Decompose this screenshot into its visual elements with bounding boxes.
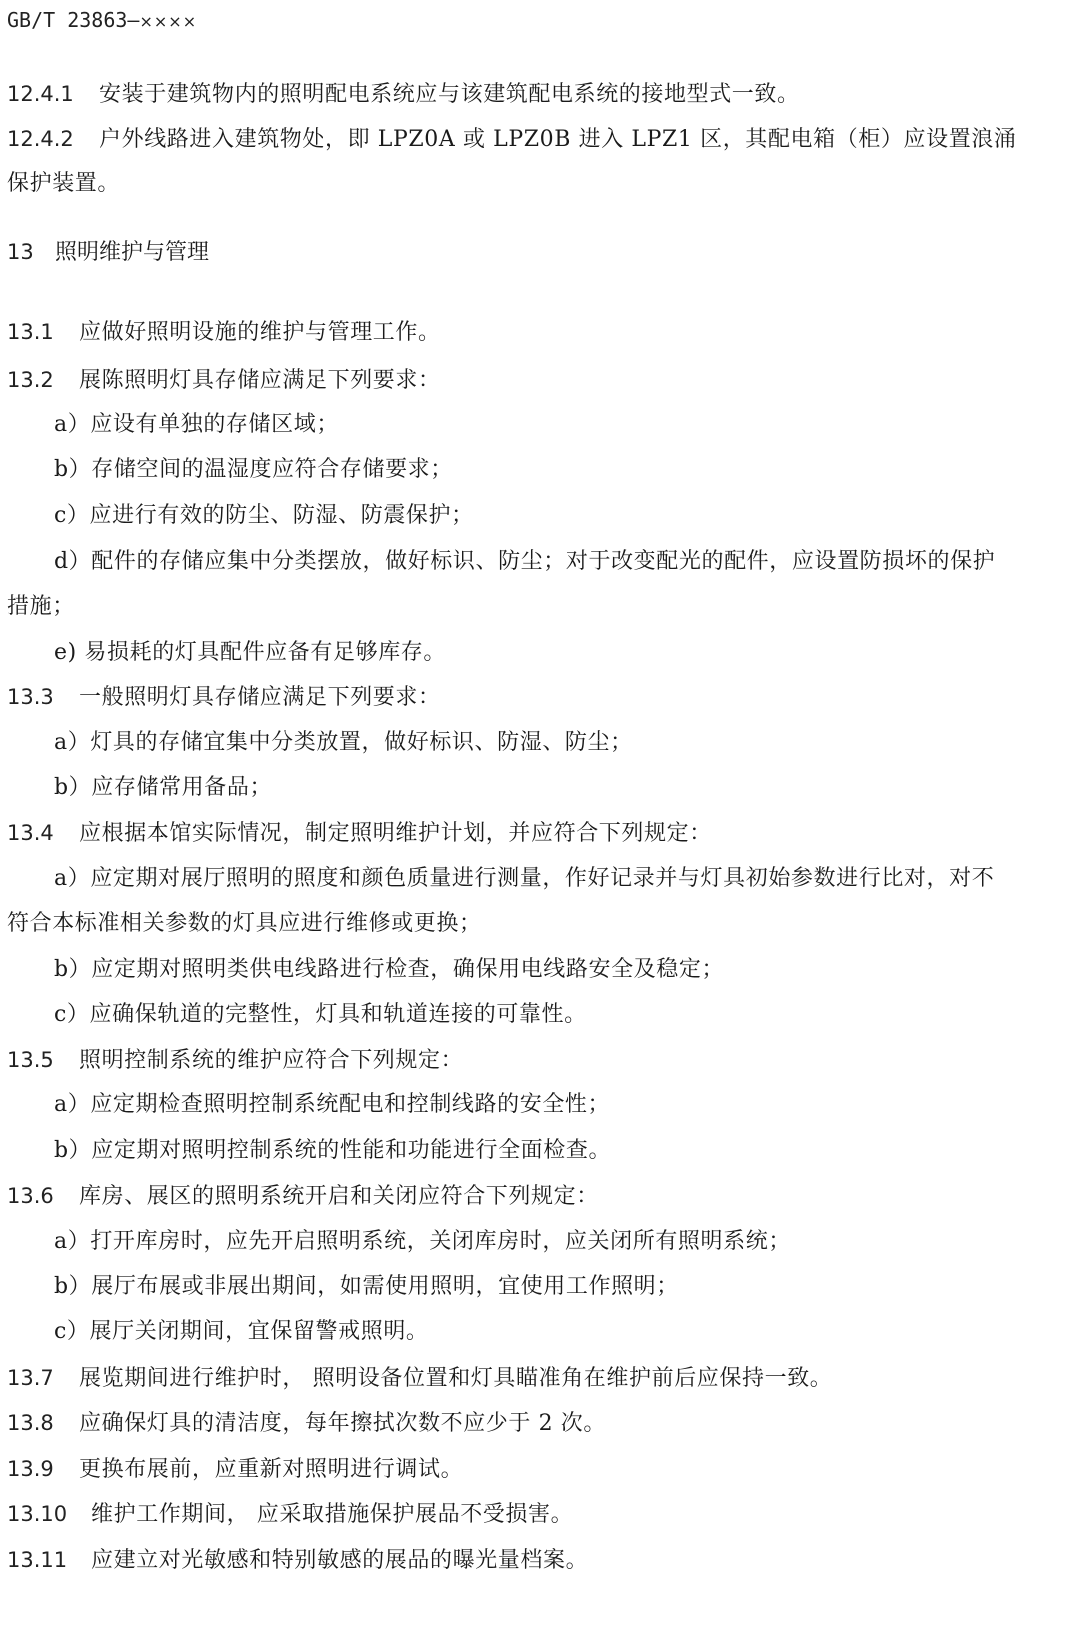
clause-13-11: 13.11应建立对光敏感和特别敏感的展品的曝光量档案。 (7, 1546, 588, 1575)
standard-code: GB/T 23863 (7, 8, 127, 32)
list-item-continuation: 措施； (7, 593, 75, 621)
continuation-text: 措施； (7, 594, 75, 619)
list-item-13-6-c: c）展厅关闭期间，宜保留警戒照明。 (54, 1318, 429, 1346)
list-item-13-4-a: a）应定期对展厅照明的照度和颜色质量进行测量，作好记录并与灯具初始参数进行比对，… (54, 865, 994, 893)
clause-13-7: 13.7展览期间进行维护时， 照明设备位置和灯具瞄准角在维护前后应保持一致。 (7, 1364, 832, 1393)
list-item-13-6-b: b）展厅布展或非展出期间，如需使用照明，宜使用工作照明； (54, 1273, 679, 1301)
list-item-13-2-b: b）存储空间的温湿度应符合存储要求； (54, 456, 453, 484)
clause-number: 13.11 (7, 1546, 91, 1574)
list-item-13-2-d: d）配件的存储应集中分类摆放，做好标识、防尘；对于改变配光的配件，应设置防损坏的… (54, 548, 995, 576)
list-item-text: b）应定期对照明控制系统的性能和功能进行全面检查。 (54, 1138, 611, 1163)
list-item-13-5-b: b）应定期对照明控制系统的性能和功能进行全面检查。 (54, 1137, 611, 1165)
list-item-13-2-e: e) 易损耗的灯具配件应备有足够库存。 (54, 639, 446, 667)
clause-13-4: 13.4应根据本馆实际情况，制定照明维护计划，并应符合下列规定： (7, 819, 712, 848)
list-item-text: d）配件的存储应集中分类摆放，做好标识、防尘；对于改变配光的配件，应设置防损坏的… (54, 549, 995, 574)
clause-13-5: 13.5照明控制系统的维护应符合下列规定： (7, 1046, 463, 1075)
list-item-text: b）存储空间的温湿度应符合存储要求； (54, 457, 453, 482)
list-item-13-2-a: a）应设有单独的存储区域； (54, 411, 339, 439)
list-item-text: a）应定期对展厅照明的照度和颜色质量进行测量，作好记录并与灯具初始参数进行比对，… (54, 866, 994, 891)
clause-number: 13.2 (7, 366, 79, 394)
chapter-title: 照明维护与管理 (55, 240, 209, 265)
clause-text: 一般照明灯具存储应满足下列要求： (79, 685, 441, 710)
continuation-text: 符合本标准相关参数的灯具应进行维修或更换； (7, 911, 482, 936)
clause-number: 13.6 (7, 1182, 79, 1210)
clause-text: 安装于建筑物内的照明配电系统应与该建筑配电系统的接地型式一致。 (99, 82, 800, 107)
clause-number: 13.7 (7, 1364, 79, 1392)
list-item-text: c）应进行有效的防尘、防湿、防震保护； (54, 503, 474, 528)
list-item-text: c）应确保轨道的完整性，灯具和轨道连接的可靠性。 (54, 1002, 587, 1027)
clause-continuation: 保护装置。 (7, 170, 120, 198)
clause-text: 应根据本馆实际情况，制定照明维护计划，并应符合下列规定： (79, 821, 712, 846)
clause-13-9: 13.9更换布展前，应重新对照明进行调试。 (7, 1455, 463, 1484)
clause-text: 库房、展区的照明系统开启和关闭应符合下列规定： (79, 1184, 599, 1209)
clause-13-6: 13.6库房、展区的照明系统开启和关闭应符合下列规定： (7, 1182, 599, 1211)
clause-number: 13.9 (7, 1455, 79, 1483)
list-item-text: e) 易损耗的灯具配件应备有足够库存。 (54, 640, 446, 665)
clause-13-1: 13.1应做好照明设施的维护与管理工作。 (7, 318, 441, 347)
clause-13-2: 13.2展陈照明灯具存储应满足下列要求： (7, 366, 441, 395)
clause-12-4-1: 12.4.1安装于建筑物内的照明配电系统应与该建筑配电系统的接地型式一致。 (7, 80, 800, 109)
list-item-text: a）应设有单独的存储区域； (54, 412, 339, 437)
document-page: GB/T 23863—×××× 12.4.1安装于建筑物内的照明配电系统应与该建… (0, 0, 1080, 1640)
clause-13-10: 13.10维护工作期间， 应采取措施保护展品不受损害。 (7, 1500, 573, 1529)
clause-text: 展览期间进行维护时， 照明设备位置和灯具瞄准角在维护前后应保持一致。 (79, 1366, 832, 1391)
list-item-text: c）展厅关闭期间，宜保留警戒照明。 (54, 1319, 429, 1344)
chapter-heading-13: 13照明维护与管理 (7, 238, 209, 267)
standard-code-header: GB/T 23863—×××× (7, 8, 197, 32)
clause-number: 13.10 (7, 1500, 91, 1528)
list-item-13-2-c: c）应进行有效的防尘、防湿、防震保护； (54, 502, 474, 530)
clause-number: 13.4 (7, 819, 79, 847)
clause-text: 展陈照明灯具存储应满足下列要求： (79, 368, 441, 393)
list-item-13-6-a: a）打开库房时，应先开启照明系统，关闭库房时，应关闭所有照明系统； (54, 1228, 791, 1256)
clause-number: 12.4.1 (7, 80, 99, 108)
clause-text: 应确保灯具的清洁度，每年擦拭次数不应少于 2 次。 (79, 1411, 606, 1436)
list-item-text: a）灯具的存储宜集中分类放置，做好标识、防湿、防尘； (54, 730, 633, 755)
clause-number: 13.8 (7, 1409, 79, 1437)
clause-13-8: 13.8应确保灯具的清洁度，每年擦拭次数不应少于 2 次。 (7, 1409, 606, 1438)
clause-text: 户外线路进入建筑物处，即 LPZ0A 或 LPZ0B 进入 LPZ1 区，其配电… (99, 127, 1017, 152)
clause-number: 12.4.2 (7, 125, 99, 153)
chapter-number: 13 (7, 238, 55, 266)
list-item-13-4-b: b）应定期对照明类供电线路进行检查，确保用电线路安全及稳定； (54, 956, 724, 984)
clause-text: 应建立对光敏感和特别敏感的展品的曝光量档案。 (91, 1548, 588, 1573)
list-item-13-3-a: a）灯具的存储宜集中分类放置，做好标识、防湿、防尘； (54, 729, 633, 757)
clause-number: 13.1 (7, 318, 79, 346)
list-item-continuation: 符合本标准相关参数的灯具应进行维修或更换； (7, 910, 482, 938)
standard-year-placeholder: ×××× (139, 12, 197, 31)
list-item-text: a）打开库房时，应先开启照明系统，关闭库房时，应关闭所有照明系统； (54, 1229, 791, 1254)
list-item-text: b）应定期对照明类供电线路进行检查，确保用电线路安全及稳定； (54, 957, 724, 982)
clause-text: 应做好照明设施的维护与管理工作。 (79, 320, 441, 345)
list-item-13-4-c: c）应确保轨道的完整性，灯具和轨道连接的可靠性。 (54, 1001, 587, 1029)
clause-text: 照明控制系统的维护应符合下列规定： (79, 1048, 463, 1073)
clause-13-3: 13.3一般照明灯具存储应满足下列要求： (7, 683, 441, 712)
clause-number: 13.5 (7, 1046, 79, 1074)
clause-text: 维护工作期间， 应采取措施保护展品不受损害。 (91, 1502, 573, 1527)
list-item-13-3-b: b）应存储常用备品； (54, 774, 272, 802)
header-dash: — (127, 8, 139, 32)
list-item-13-5-a: a）应定期检查照明控制系统配电和控制线路的安全性； (54, 1091, 610, 1119)
clause-text: 更换布展前，应重新对照明进行调试。 (79, 1457, 463, 1482)
list-item-text: b）应存储常用备品； (54, 775, 272, 800)
clause-12-4-2: 12.4.2户外线路进入建筑物处，即 LPZ0A 或 LPZ0B 进入 LPZ1… (7, 125, 1017, 154)
list-item-text: b）展厅布展或非展出期间，如需使用照明，宜使用工作照明； (54, 1274, 679, 1299)
list-item-text: a）应定期检查照明控制系统配电和控制线路的安全性； (54, 1092, 610, 1117)
clause-number: 13.3 (7, 683, 79, 711)
continuation-text: 保护装置。 (7, 171, 120, 196)
